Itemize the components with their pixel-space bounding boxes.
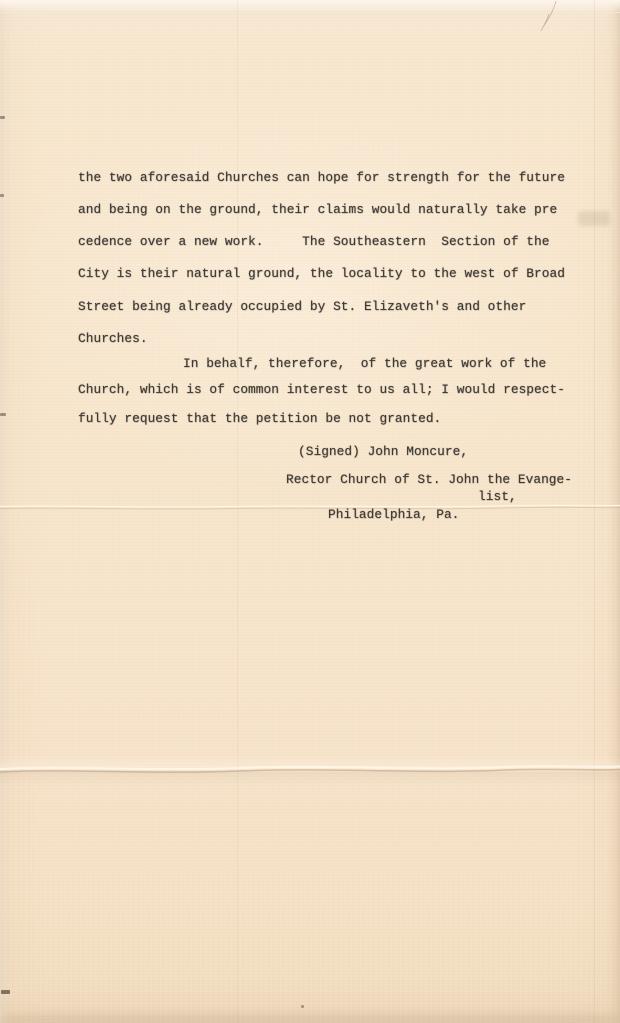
body-line: Church, which is of common interest to u… [78,384,565,397]
body-line-paragraph-indent: In behalf, therefore, of the great work … [183,358,546,371]
signature-title-line: Rector Church of St. John the Evange- [286,474,572,487]
paper-texture [0,0,620,1023]
paper-speck [301,1005,304,1008]
paper-speck [1,990,10,994]
scan-streak [594,0,595,1023]
body-line: cedence over a new work. The Southeaster… [78,236,550,249]
paper-speck [0,116,5,119]
signature-signed-line: (Signed) John Moncure, [298,446,468,459]
scan-streak [237,0,238,1023]
signature-place-line: Philadelphia, Pa. [328,509,459,522]
fold-shadow [0,756,620,786]
body-line: City is their natural ground, the locali… [78,268,565,281]
body-line: Churches. [78,333,148,346]
body-line: fully request that the petition be not g… [78,413,441,426]
paper-top-edge [0,0,620,13]
body-line: Street being already occupied by St. Eli… [78,301,526,314]
paper-speck [0,413,6,416]
letter-sheet: the two aforesaid Churches can hope for … [0,0,620,1023]
body-line: and being on the ground, their claims wo… [78,204,557,217]
fold-creases [0,0,620,1023]
ink-smudge [578,211,610,226]
body-line: the two aforesaid Churches can hope for … [78,172,565,185]
signature-title-continuation-line: list, [478,491,517,504]
paper-speck [0,194,4,197]
